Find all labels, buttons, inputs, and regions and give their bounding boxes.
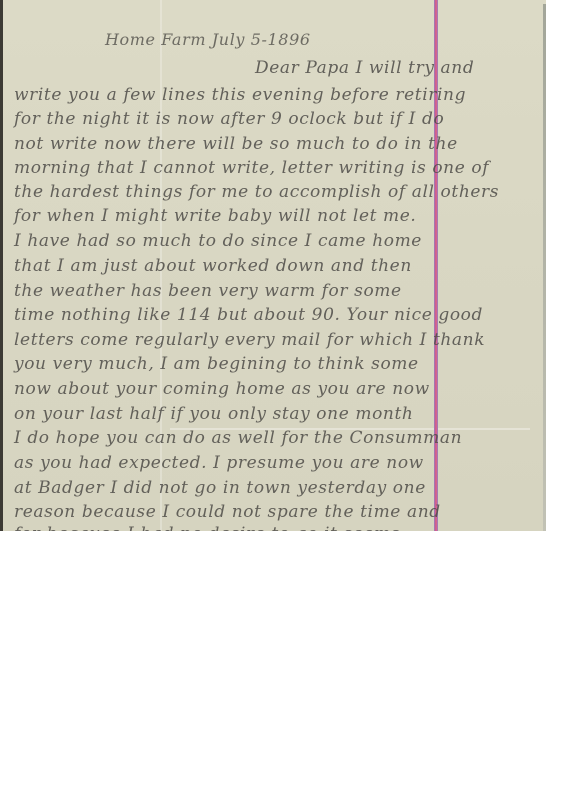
- letter-line: letters come regularly every mail for wh…: [14, 330, 485, 350]
- page-left-edge: [0, 0, 3, 531]
- letter-line: the weather has been very warm for some: [14, 281, 402, 301]
- letter-line: the hardest things for me to accomplish …: [14, 182, 499, 202]
- page-right-edge: [543, 4, 546, 531]
- letter-line: morning that I cannot write, letter writ…: [14, 158, 489, 178]
- letter-page: Home Farm July 5-1896 Dear Papa I will t…: [0, 0, 546, 531]
- letter-line: I do hope you can do as well for the Con…: [14, 428, 462, 448]
- letter-line: for when I might write baby will not let…: [14, 206, 416, 226]
- letter-salutation: Dear Papa I will try and: [255, 58, 474, 78]
- letter-line: for because I had no desire to go it see…: [14, 524, 400, 531]
- letter-line: that I am just about worked down and the…: [14, 256, 412, 276]
- letter-line: reason because I could not spare the tim…: [14, 502, 441, 522]
- letter-line: not write now there will be so much to d…: [14, 134, 458, 154]
- letter-line: at Badger I did not go in town yesterday…: [14, 478, 426, 498]
- letter-dateline: Home Farm July 5-1896: [105, 30, 311, 49]
- letter-line: write you a few lines this evening befor…: [14, 85, 466, 105]
- letter-line: I have had so much to do since I came ho…: [14, 231, 422, 251]
- letter-line: now about your coming home as you are no…: [14, 379, 430, 399]
- red-margin-line: [434, 0, 438, 531]
- letter-line: for the night it is now after 9 oclock b…: [14, 109, 444, 129]
- letter-line: as you had expected. I presume you are n…: [14, 453, 424, 473]
- letter-line: on your last half if you only stay one m…: [14, 404, 413, 424]
- letter-line: time nothing like 114 but about 90. Your…: [14, 305, 483, 325]
- letter-line: you very much, I am begining to think so…: [14, 354, 419, 374]
